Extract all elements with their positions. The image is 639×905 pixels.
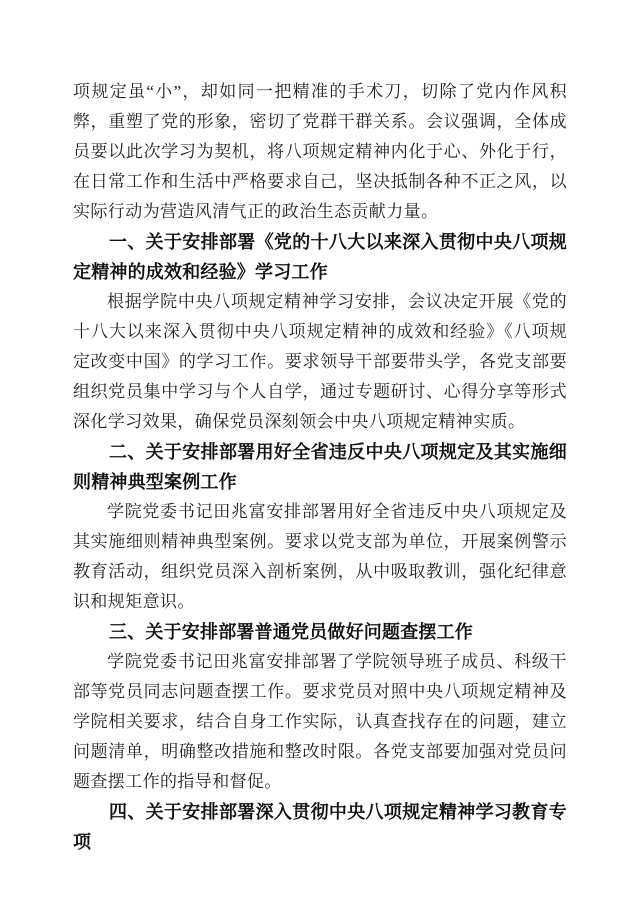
section-heading-1: 一、关于安排部署《党的十八大以来深入贯彻中央八项规定精神的成效和经验》学习工作 xyxy=(73,227,567,287)
document-page: 项规定虽“小”，却如同一把精准的手术刀，切除了党内作风积弊，重塑了党的形象，密切… xyxy=(0,0,639,905)
paragraph-section-1: 根据学院中央八项规定精神学习安排，会议决定开展《党的十八大以来深入贯彻中央八项规… xyxy=(73,287,567,437)
section-heading-3: 三、关于安排部署普通党员做好问题查摆工作 xyxy=(73,617,567,647)
section-heading-2: 二、关于安排部署用好全省违反中央八项规定及其实施细则精神典型案例工作 xyxy=(73,437,567,497)
document-content: 项规定虽“小”，却如同一把精准的手术刀，切除了党内作风积弊，重塑了党的形象，密切… xyxy=(73,77,567,857)
paragraph-section-3: 学院党委书记田兆富安排部署了学院领导班子成员、科级干部等党员同志问题查摆工作。要… xyxy=(73,647,567,797)
section-heading-4: 四、关于安排部署深入贯彻中央八项规定精神学习教育专项 xyxy=(73,797,567,857)
paragraph-section-2: 学院党委书记田兆富安排部署用好全省违反中央八项规定及其实施细则精神典型案例。要求… xyxy=(73,497,567,617)
paragraph-continuation: 项规定虽“小”，却如同一把精准的手术刀，切除了党内作风积弊，重塑了党的形象，密切… xyxy=(73,77,567,227)
